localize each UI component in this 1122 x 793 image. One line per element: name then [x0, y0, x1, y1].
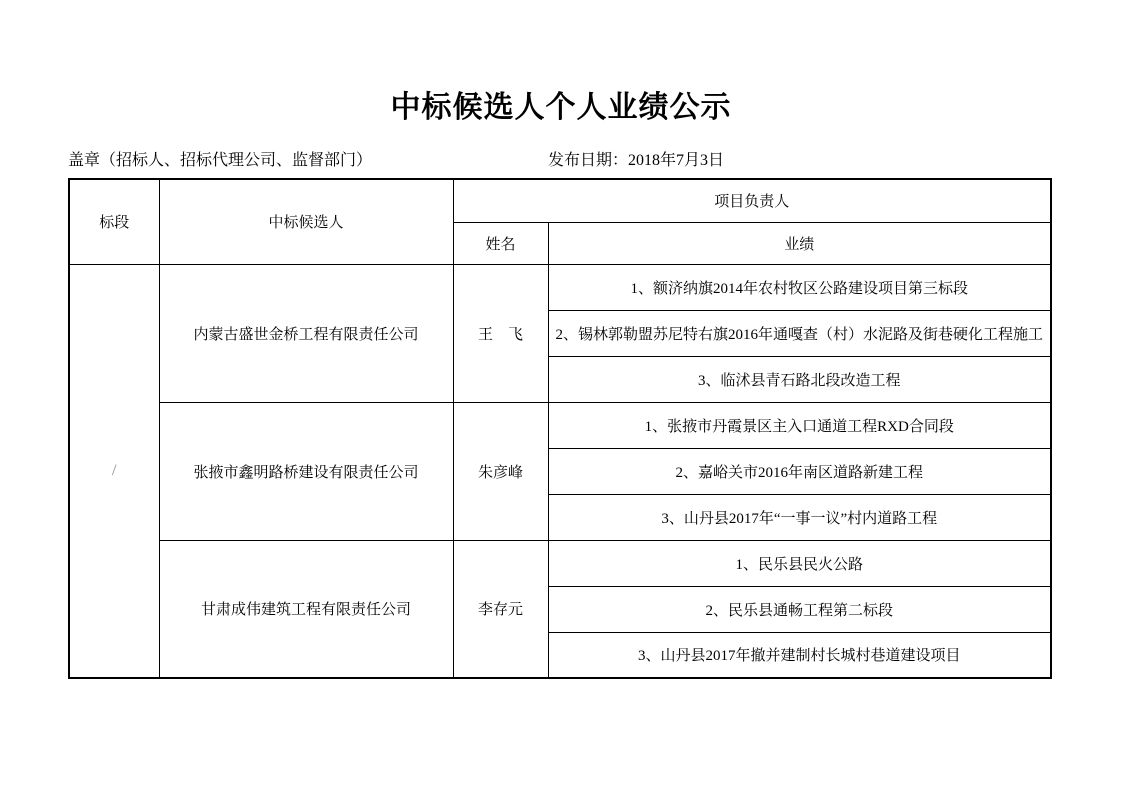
manager-name-1: 王 飞	[453, 264, 548, 402]
table-row: 张掖市鑫明路桥建设有限责任公司 朱彦峰 1、张掖市丹霞景区主入口通道工程RXD合…	[69, 402, 1051, 448]
achievement-2-2: 2、嘉峪关市2016年南区道路新建工程	[548, 448, 1051, 494]
publish-date: 发布日期：2018年7月3日	[548, 147, 724, 170]
achievement-2-3: 3、山丹县2017年“一事一议”村内道路工程	[548, 494, 1051, 540]
table-row: 甘肃成伟建筑工程有限责任公司 李存元 1、民乐县民火公路	[69, 540, 1051, 586]
company-name-3: 甘肃成伟建筑工程有限责任公司	[159, 540, 453, 678]
achievement-1-3: 3、临沭县青石路北段改造工程	[548, 356, 1051, 402]
company-name-1: 内蒙古盛世金桥工程有限责任公司	[159, 264, 453, 402]
achievement-2-1: 1、张掖市丹霞景区主入口通道工程RXD合同段	[548, 402, 1051, 448]
manager-name-2: 朱彦峰	[453, 402, 548, 540]
header-section: 标段	[69, 179, 159, 264]
header-performance: 业绩	[548, 222, 1051, 264]
achievement-3-3: 3、山丹县2017年撤并建制村长城村巷道建设项目	[548, 632, 1051, 678]
achievement-1-1: 1、额济纳旗2014年农村牧区公路建设项目第三标段	[548, 264, 1051, 310]
section-value: /	[69, 264, 159, 678]
table-row: / 内蒙古盛世金桥工程有限责任公司 王 飞 1、额济纳旗2014年农村牧区公路建…	[69, 264, 1051, 310]
achievement-1-2: 2、锡林郭勒盟苏尼特右旗2016年通嘎查（村）水泥路及街巷硬化工程施工	[548, 310, 1051, 356]
achievement-3-2: 2、民乐县通畅工程第二标段	[548, 586, 1051, 632]
manager-name-3: 李存元	[453, 540, 548, 678]
header-project-manager: 项目负责人	[453, 179, 1051, 222]
header-name: 姓名	[453, 222, 548, 264]
table-header-row-1: 标段 中标候选人 项目负责人	[69, 179, 1051, 222]
header-candidate: 中标候选人	[159, 179, 453, 264]
page-title: 中标候选人个人业绩公示	[0, 82, 1122, 126]
company-name-2: 张掖市鑫明路桥建设有限责任公司	[159, 402, 453, 540]
performance-table: 标段 中标候选人 项目负责人 姓名 业绩 / 内蒙古盛世金桥工程有限责任公司 王…	[68, 178, 1052, 679]
document-page: 中标候选人个人业绩公示 盖章（招标人、招标代理公司、监督部门） 发布日期：201…	[0, 0, 1122, 793]
achievement-3-1: 1、民乐县民火公路	[548, 540, 1051, 586]
stamp-line: 盖章（招标人、招标代理公司、监督部门）	[68, 147, 372, 170]
